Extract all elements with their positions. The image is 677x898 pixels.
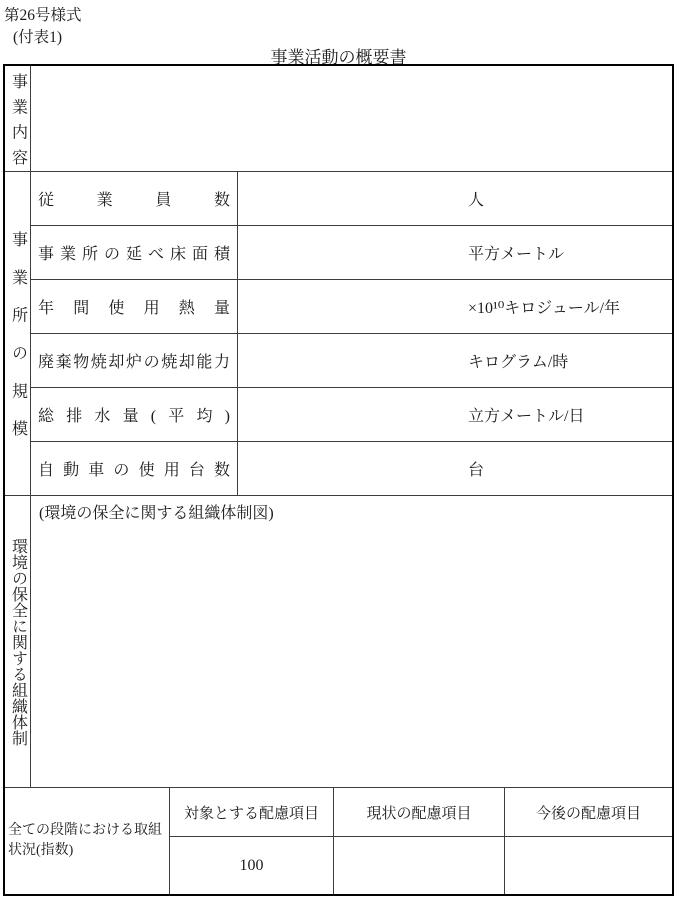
environment-org-label-cell: 環境の保全に関する組織体制 [5, 496, 31, 787]
scale-unit-cell: ×10¹⁰キロジュール/年 [238, 280, 672, 333]
scale-item-cell: 従業員数 [31, 172, 238, 225]
effort-header-future: 今後の配慮項目 [505, 788, 672, 837]
scale-item-label: 事業所の延べ床面積 [38, 241, 230, 264]
scale-unit-label: 人 [468, 187, 484, 210]
business-content-vlabel: 事業内容 [10, 73, 26, 165]
business-scale-vlabel: 事業所の規模 [10, 231, 26, 436]
summary-table: 事業内容 事業所の規模 従業員数 人 事業 [3, 64, 674, 896]
effort-value-target: 100 [170, 837, 334, 894]
scale-row-wastewater: 総排水量(平均) 立方メートル/日 [31, 387, 672, 441]
scale-unit-label: キログラム/時 [468, 349, 568, 372]
scale-unit-cell: 平方メートル [238, 226, 672, 279]
section-business-scale: 事業所の規模 従業員数 人 事業所の延べ床面積 平方メートル [5, 171, 672, 495]
scale-row-floor-area: 事業所の延べ床面積 平方メートル [31, 225, 672, 279]
scale-unit-cell: キログラム/時 [238, 334, 672, 387]
scale-unit-cell: 人 [238, 172, 672, 225]
environment-org-chart-area: (環境の保全に関する組織体制図) [31, 496, 672, 787]
effort-header-current: 現状の配慮項目 [334, 788, 505, 837]
scale-item-label: 従業員数 [38, 187, 230, 210]
business-scale-label-cell: 事業所の規模 [5, 172, 31, 495]
effort-status-grid: 対象とする配慮項目 現状の配慮項目 今後の配慮項目 100 [170, 788, 672, 894]
environment-org-caption: (環境の保全に関する組織体制図) [39, 505, 274, 522]
scale-row-annual-heat: 年間使用熱量 ×10¹⁰キロジュール/年 [31, 279, 672, 333]
scale-item-cell: 総排水量(平均) [31, 388, 238, 441]
scale-unit-cell: 立方メートル/日 [238, 388, 672, 441]
environment-org-vlabel: 環境の保全に関する組織体制 [10, 538, 26, 746]
scale-item-cell: 廃棄物焼却炉の焼却能力 [31, 334, 238, 387]
scale-unit-label: ×10¹⁰キロジュール/年 [468, 295, 620, 318]
form-number: 第26号様式 [4, 3, 82, 25]
effort-header-target: 対象とする配慮項目 [170, 788, 334, 837]
scale-item-cell: 自動車の使用台数 [31, 442, 238, 495]
scale-item-cell: 事業所の延べ床面積 [31, 226, 238, 279]
scale-item-label: 自動車の使用台数 [38, 457, 230, 480]
effort-status-label: 全ての段階における取組状況(指数) [8, 821, 168, 862]
scale-item-label: 年間使用熱量 [38, 295, 230, 318]
document-page: 第26号様式 (付表1) 事業活動の概要書 事業内容 事業所の規模 従業員数 人 [0, 0, 677, 898]
scale-row-vehicles: 自動車の使用台数 台 [31, 441, 672, 495]
effort-value-future [505, 837, 672, 894]
business-content-entry-area [31, 66, 672, 171]
scale-row-incinerator-capacity: 廃棄物焼却炉の焼却能力 キログラム/時 [31, 333, 672, 387]
scale-row-employees: 従業員数 人 [31, 172, 672, 225]
effort-value-current [334, 837, 505, 894]
section-environment-org: 環境の保全に関する組織体制 (環境の保全に関する組織体制図) [5, 495, 672, 787]
scale-unit-label: 平方メートル [468, 241, 564, 264]
effort-status-label-cell: 全ての段階における取組状況(指数) [5, 788, 170, 894]
section-effort-status: 全ての段階における取組状況(指数) 対象とする配慮項目 現状の配慮項目 今後の配… [5, 787, 672, 894]
scale-unit-label: 台 [468, 457, 484, 480]
business-content-label-cell: 事業内容 [5, 66, 31, 171]
section-business-content: 事業内容 [5, 66, 672, 171]
scale-unit-label: 立方メートル/日 [468, 403, 584, 426]
scale-unit-cell: 台 [238, 442, 672, 495]
business-scale-rows: 従業員数 人 事業所の延べ床面積 平方メートル 年間 [31, 172, 672, 495]
scale-item-cell: 年間使用熱量 [31, 280, 238, 333]
scale-item-label: 総排水量(平均) [38, 403, 230, 426]
scale-item-label: 廃棄物焼却炉の焼却能力 [38, 349, 230, 372]
